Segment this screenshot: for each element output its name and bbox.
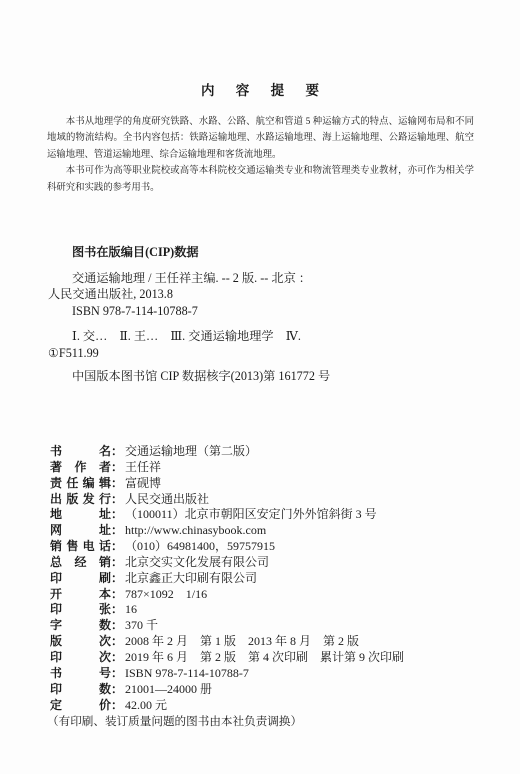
row-label: 字数 bbox=[50, 618, 111, 634]
colophon-row-format: 开本：787×1092 1/16 bbox=[50, 587, 490, 603]
colophon-row-address: 地址：（100011）北京市朝阳区安定门外外馆斜街 3 号 bbox=[50, 507, 490, 523]
row-colon: ： bbox=[111, 602, 123, 618]
cip-class-code-line: ①F511.99 bbox=[48, 345, 480, 362]
row-colon: ： bbox=[111, 476, 123, 492]
row-value: 北京交实文化发展有限公司 bbox=[125, 555, 269, 571]
row-colon: ： bbox=[111, 571, 123, 587]
quality-exchange-note: （有印刷、装订质量问题的图书由本社负责调换） bbox=[47, 714, 490, 730]
row-label: 销售电话 bbox=[50, 539, 111, 555]
row-value: http://www.chinasybook.com bbox=[125, 523, 266, 539]
colophon-row-word-count: 字数：370 千 bbox=[50, 618, 490, 634]
colophon-row-distributor: 总经销：北京交实文化发展有限公司 bbox=[50, 555, 490, 571]
cip-classification-line: Ⅰ. 交… Ⅱ. 王… Ⅲ. 交通运输地理学 Ⅳ. bbox=[72, 328, 480, 345]
row-label: 版次 bbox=[50, 634, 111, 650]
row-value: （100011）北京市朝阳区安定门外外馆斜街 3 号 bbox=[125, 507, 377, 523]
row-value: 787×1092 1/16 bbox=[125, 587, 207, 603]
row-value: 2019 年 6 月 第 2 版 第 4 次印刷 累计第 9 次印刷 bbox=[125, 650, 404, 666]
colophon-row-publisher: 出版发行：人民交通出版社 bbox=[50, 492, 490, 508]
colophon-row-isbn: 书号：ISBN 978-7-114-10788-7 bbox=[50, 666, 490, 682]
cip-record-line: 中国版本图书馆 CIP 数据核字(2013)第 161772 号 bbox=[72, 368, 480, 385]
colophon-row-sales-phone: 销售电话：（010）64981400，59757915 bbox=[50, 539, 490, 555]
cip-heading: 图书在版编目(CIP)数据 bbox=[72, 244, 480, 261]
row-label: 印数 bbox=[50, 682, 111, 698]
row-value: 人民交通出版社 bbox=[125, 492, 209, 508]
row-value: 370 千 bbox=[125, 618, 158, 634]
row-value: 北京鑫正大印刷有限公司 bbox=[125, 571, 257, 587]
row-colon: ： bbox=[111, 618, 123, 634]
row-label: 开本 bbox=[50, 587, 111, 603]
abstract-paragraph: 本书从地理学的角度研究铁路、水路、公路、航空和管道 5 种运输方式的特点、运输网… bbox=[47, 114, 474, 163]
row-label: 著作者 bbox=[50, 460, 111, 476]
row-label: 印张 bbox=[50, 602, 111, 618]
row-colon: ： bbox=[111, 460, 123, 476]
colophon-row-print-run: 印数：21001—24000 册 bbox=[50, 682, 490, 698]
row-colon: ： bbox=[111, 555, 123, 571]
row-label: 网址 bbox=[50, 523, 111, 539]
row-label: 印次 bbox=[50, 650, 111, 666]
cip-block: 图书在版编目(CIP)数据 交通运输地理 / 王任祥主编. -- 2 版. --… bbox=[48, 244, 480, 384]
row-colon: ： bbox=[111, 507, 123, 523]
row-colon: ： bbox=[111, 650, 123, 666]
colophon-row-impression: 印次：2019 年 6 月 第 2 版 第 4 次印刷 累计第 9 次印刷 bbox=[50, 650, 490, 666]
cip-title-line: 交通运输地理 / 王任祥主编. -- 2 版. -- 北京 ： bbox=[72, 270, 480, 287]
row-value: 富砚博 bbox=[125, 476, 161, 492]
copyright-page: 内 容 提 要 本书从地理学的角度研究铁路、水路、公路、航空和管道 5 种运输方… bbox=[0, 0, 520, 774]
colophon-block: 书名：交通运输地理（第二版） 著作者：王任祥 责任编辑：富砚博 出版发行：人民交… bbox=[50, 444, 490, 730]
colophon-row-sheets: 印张：16 bbox=[50, 602, 490, 618]
row-value: 16 bbox=[125, 602, 137, 618]
row-value: 王任祥 bbox=[125, 460, 161, 476]
colophon-row-editor: 责任编辑：富砚博 bbox=[50, 476, 490, 492]
row-label: 书名 bbox=[50, 444, 111, 460]
colophon-row-printer: 印刷：北京鑫正大印刷有限公司 bbox=[50, 571, 490, 587]
abstract-body: 本书从地理学的角度研究铁路、水路、公路、航空和管道 5 种运输方式的特点、运输网… bbox=[47, 114, 474, 196]
row-colon: ： bbox=[111, 666, 123, 682]
row-value: 2008 年 2 月 第 1 版 2013 年 8 月 第 2 版 bbox=[125, 634, 359, 650]
row-label: 总经销 bbox=[50, 555, 111, 571]
cip-isbn-line: ISBN 978-7-114-10788-7 bbox=[72, 303, 480, 320]
row-label: 定价 bbox=[50, 698, 111, 714]
row-colon: ： bbox=[111, 587, 123, 603]
cip-publisher-line: 人民交通出版社, 2013.8 bbox=[48, 286, 480, 303]
row-colon: ： bbox=[111, 698, 123, 714]
row-label: 出版发行 bbox=[50, 492, 111, 508]
colophon-row-book-title: 书名：交通运输地理（第二版） bbox=[50, 444, 490, 460]
colophon-row-edition: 版次：2008 年 2 月 第 1 版 2013 年 8 月 第 2 版 bbox=[50, 634, 490, 650]
row-colon: ： bbox=[111, 523, 123, 539]
row-colon: ： bbox=[111, 539, 123, 555]
row-value: 交通运输地理（第二版） bbox=[125, 444, 257, 460]
row-colon: ： bbox=[111, 492, 123, 508]
row-label: 责任编辑 bbox=[50, 476, 111, 492]
row-colon: ： bbox=[111, 634, 123, 650]
row-value: ISBN 978-7-114-10788-7 bbox=[125, 666, 249, 682]
row-colon: ： bbox=[111, 682, 123, 698]
row-label: 地址 bbox=[50, 507, 111, 523]
row-value: 21001—24000 册 bbox=[125, 682, 212, 698]
colophon-row-author: 著作者：王任祥 bbox=[50, 460, 490, 476]
colophon-row-price: 定价：42.00 元 bbox=[50, 698, 490, 714]
row-label: 书号 bbox=[50, 666, 111, 682]
row-value: （010）64981400，59757915 bbox=[125, 539, 275, 555]
row-colon: ： bbox=[111, 444, 123, 460]
row-value: 42.00 元 bbox=[125, 698, 167, 714]
row-label: 印刷 bbox=[50, 571, 111, 587]
abstract-paragraph: 本书可作为高等职业院校或高等本科院校交通运输类专业和物流管理类专业教材，亦可作为… bbox=[47, 163, 474, 196]
colophon-row-website: 网址：http://www.chinasybook.com bbox=[50, 523, 490, 539]
abstract-title: 内 容 提 要 bbox=[0, 79, 520, 99]
